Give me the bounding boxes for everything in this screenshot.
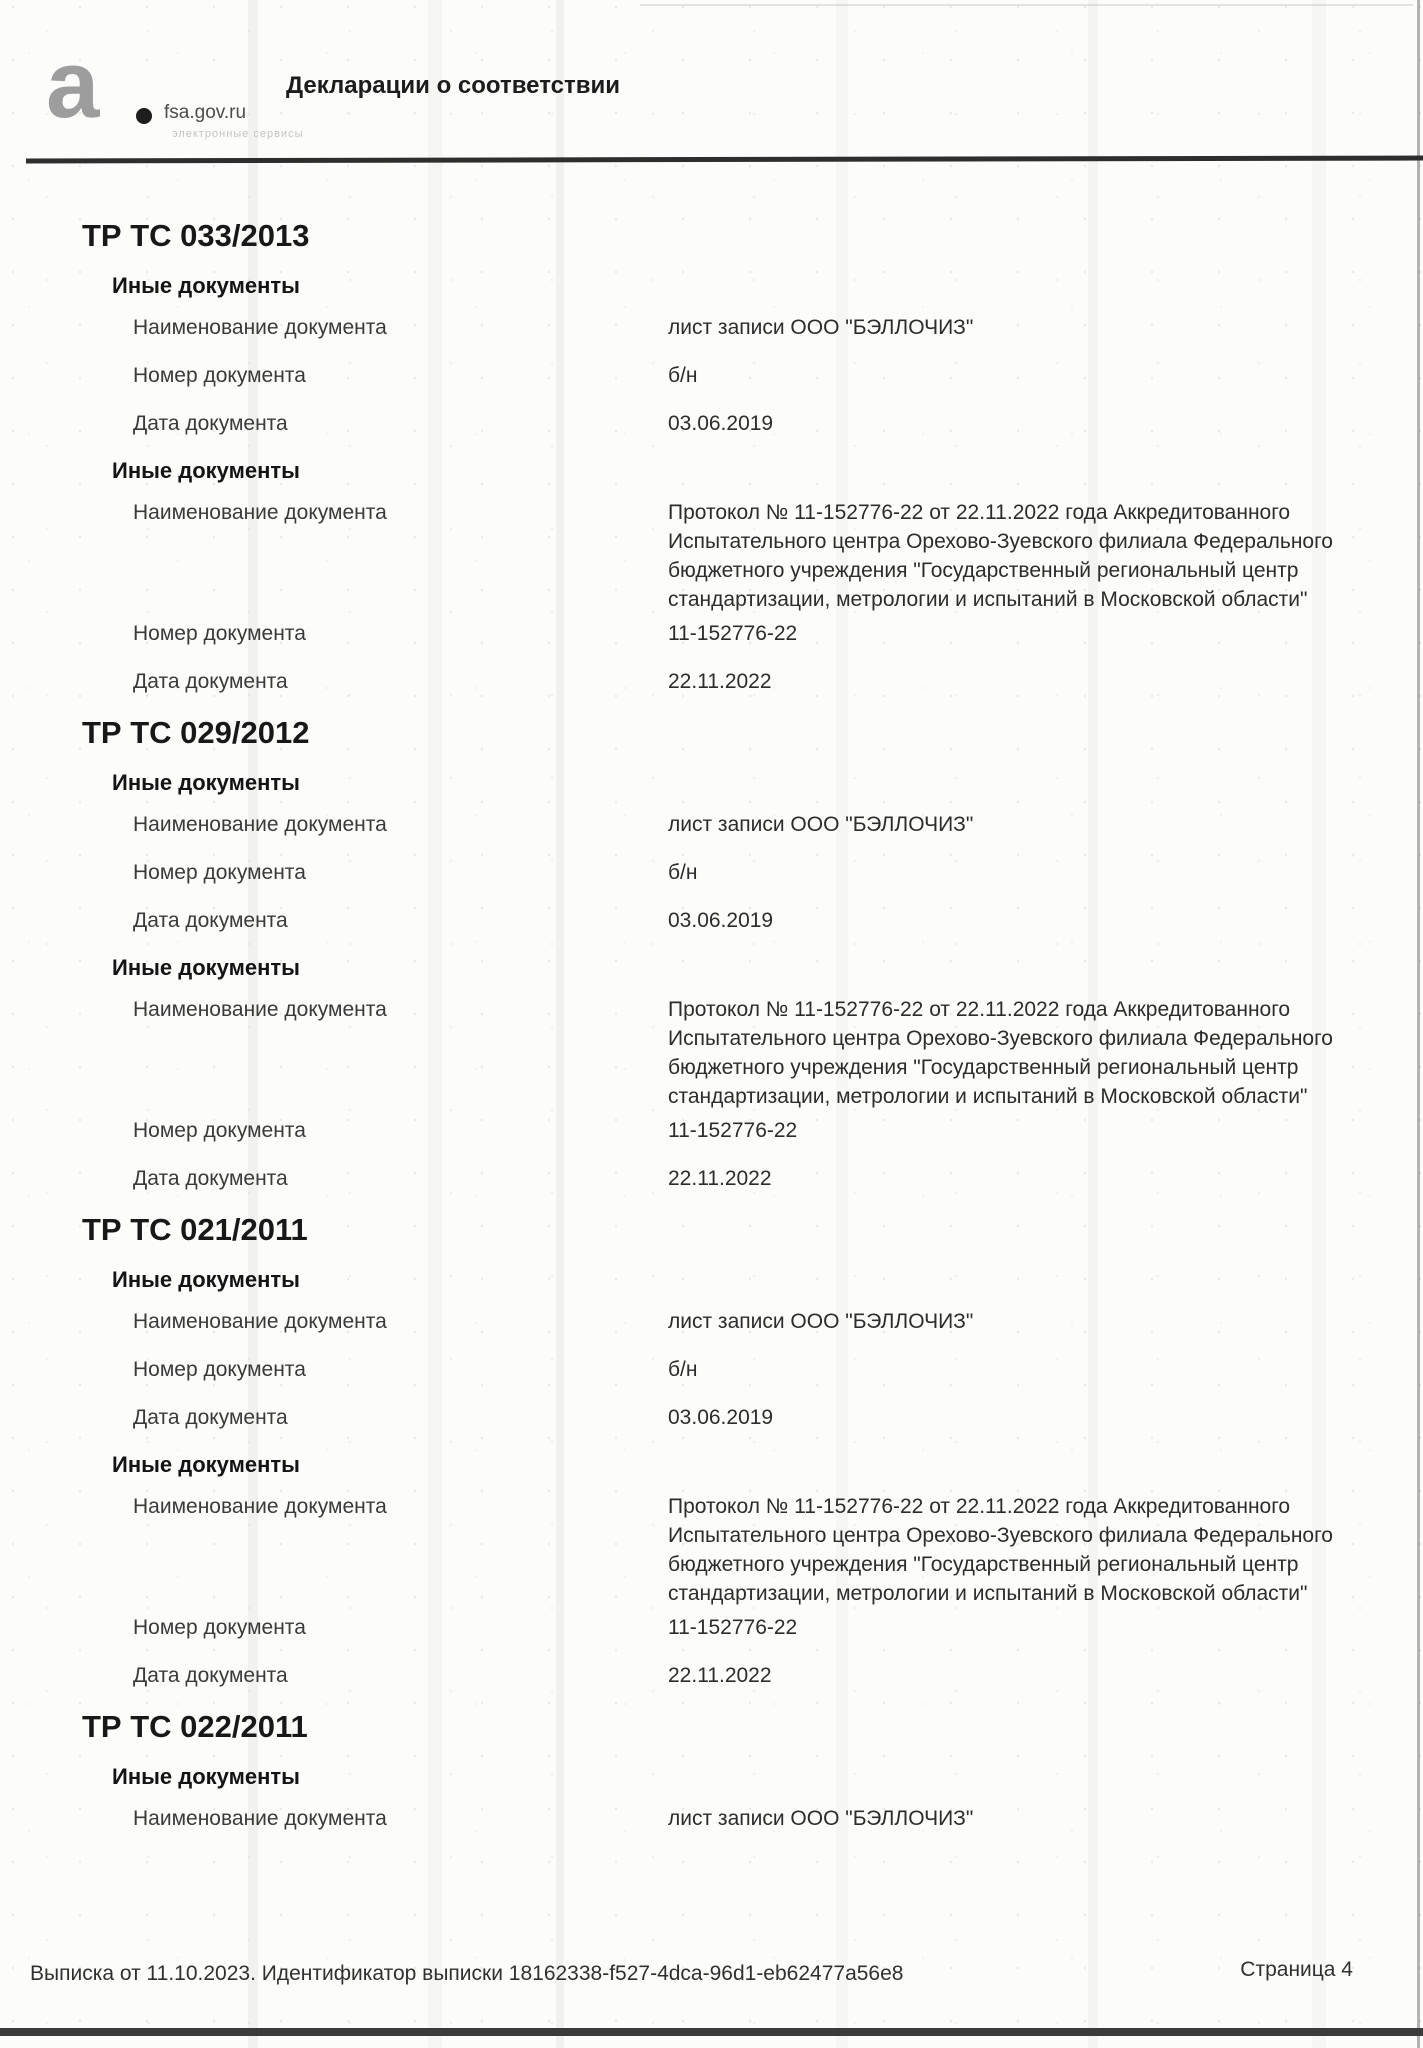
- section-title: ТР ТС 033/2013: [82, 218, 1368, 254]
- section-tr-tc-029-2012: ТР ТС 029/2012 Иные документы Наименован…: [82, 715, 1368, 1193]
- field-value: лист записи ООО "БЭЛЛОЧИЗ": [668, 810, 973, 839]
- field-row: Наименование документа лист записи ООО "…: [133, 1804, 1368, 1833]
- page-edge-shadow: [1417, 0, 1420, 2048]
- field-label: Дата документа: [133, 1164, 668, 1193]
- group-heading: Иные документы: [112, 457, 1368, 484]
- document-group: Иные документы Наименование документа Пр…: [82, 457, 1368, 696]
- field-label: Наименование документа: [133, 1804, 668, 1833]
- field-label: Дата документа: [133, 1403, 668, 1432]
- logo-dot-icon: [136, 108, 152, 124]
- field-row: Номер документа 11-152776-22: [133, 1116, 1368, 1145]
- field-row: Наименование документа лист записи ООО "…: [133, 1307, 1368, 1336]
- field-label: Наименование документа: [133, 1307, 668, 1336]
- document-group: Иные документы Наименование документа Пр…: [82, 954, 1368, 1193]
- field-label: Дата документа: [133, 667, 668, 696]
- logo-tagline: электронные сервисы: [172, 128, 303, 140]
- field-value: 22.11.2022: [668, 1164, 772, 1193]
- field-value: лист записи ООО "БЭЛЛОЧИЗ": [668, 1804, 973, 1833]
- field-value: 03.06.2019: [668, 906, 773, 935]
- field-value: б/н: [668, 1355, 697, 1384]
- fsa-logo-icon: а: [46, 40, 95, 130]
- group-heading: Иные документы: [112, 769, 1368, 796]
- footer-extract-info: Выписка от 11.10.2023. Идентификатор вып…: [30, 1962, 903, 1986]
- field-value: 03.06.2019: [668, 409, 773, 438]
- field-row: Наименование документа лист записи ООО "…: [133, 313, 1368, 342]
- header-divider: [26, 156, 1423, 164]
- group-heading: Иные документы: [112, 272, 1368, 299]
- group-heading: Иные документы: [112, 1451, 1368, 1478]
- field-value: 11-152776-22: [668, 619, 797, 648]
- group-heading: Иные документы: [112, 1266, 1368, 1293]
- group-heading: Иные документы: [112, 1763, 1368, 1790]
- field-row: Дата документа 22.11.2022: [133, 667, 1368, 696]
- field-label: Дата документа: [133, 1661, 668, 1690]
- field-row: Номер документа б/н: [133, 1355, 1368, 1384]
- field-row: Дата документа 03.06.2019: [133, 1403, 1368, 1432]
- logo-site-label: fsa.gov.ru: [164, 102, 246, 124]
- scanned-document-page: а fsa.gov.ru электронные сервисы Деклара…: [0, 0, 1423, 2048]
- document-group: Иные документы Наименование документа ли…: [82, 1763, 1368, 1833]
- field-value: 11-152776-22: [668, 1613, 797, 1642]
- page-title: Декларации о соответствии: [286, 72, 620, 100]
- bottom-divider: [0, 2028, 1423, 2036]
- scan-artifact-line: [640, 4, 1413, 6]
- document-group: Иные документы Наименование документа Пр…: [82, 1451, 1368, 1690]
- document-group: Иные документы Наименование документа ли…: [82, 1266, 1368, 1432]
- field-label: Дата документа: [133, 906, 668, 935]
- field-row: Дата документа 22.11.2022: [133, 1661, 1368, 1690]
- field-value: Протокол № 11-152776-22 от 22.11.2022 го…: [668, 995, 1358, 1111]
- field-label: Номер документа: [133, 858, 668, 887]
- field-row: Номер документа б/н: [133, 361, 1368, 390]
- field-label: Номер документа: [133, 361, 668, 390]
- field-label: Номер документа: [133, 619, 668, 648]
- field-row: Дата документа 03.06.2019: [133, 409, 1368, 438]
- section-tr-tc-033-2013: ТР ТС 033/2013 Иные документы Наименован…: [82, 218, 1368, 696]
- field-value: 22.11.2022: [668, 667, 772, 696]
- document-content: ТР ТС 033/2013 Иные документы Наименован…: [82, 200, 1368, 1852]
- field-label: Наименование документа: [133, 498, 668, 527]
- field-value: лист записи ООО "БЭЛЛОЧИЗ": [668, 313, 973, 342]
- field-row: Номер документа 11-152776-22: [133, 619, 1368, 648]
- field-value: 22.11.2022: [668, 1661, 772, 1690]
- field-row: Наименование документа Протокол № 11-152…: [133, 498, 1368, 614]
- section-title: ТР ТС 022/2011: [82, 1709, 1368, 1745]
- field-label: Дата документа: [133, 409, 668, 438]
- field-value: 11-152776-22: [668, 1116, 797, 1145]
- group-heading: Иные документы: [112, 954, 1368, 981]
- field-row: Дата документа 22.11.2022: [133, 1164, 1368, 1193]
- field-row: Номер документа 11-152776-22: [133, 1613, 1368, 1642]
- field-label: Наименование документа: [133, 995, 668, 1024]
- field-label: Номер документа: [133, 1355, 668, 1384]
- field-value: Протокол № 11-152776-22 от 22.11.2022 го…: [668, 498, 1358, 614]
- field-row: Номер документа б/н: [133, 858, 1368, 887]
- field-value: лист записи ООО "БЭЛЛОЧИЗ": [668, 1307, 973, 1336]
- document-group: Иные документы Наименование документа ли…: [82, 272, 1368, 438]
- field-row: Наименование документа Протокол № 11-152…: [133, 995, 1368, 1111]
- field-label: Номер документа: [133, 1613, 668, 1642]
- section-tr-tc-022-2011: ТР ТС 022/2011 Иные документы Наименован…: [82, 1709, 1368, 1833]
- field-value: б/н: [668, 361, 697, 390]
- document-group: Иные документы Наименование документа ли…: [82, 769, 1368, 935]
- field-label: Номер документа: [133, 1116, 668, 1145]
- field-value: 03.06.2019: [668, 1403, 773, 1432]
- field-value: б/н: [668, 858, 697, 887]
- field-label: Наименование документа: [133, 810, 668, 839]
- field-label: Наименование документа: [133, 313, 668, 342]
- section-title: ТР ТС 029/2012: [82, 715, 1368, 751]
- field-value: Протокол № 11-152776-22 от 22.11.2022 го…: [668, 1492, 1358, 1608]
- section-tr-tc-021-2011: ТР ТС 021/2011 Иные документы Наименован…: [82, 1212, 1368, 1690]
- field-row: Дата документа 03.06.2019: [133, 906, 1368, 935]
- field-row: Наименование документа Протокол № 11-152…: [133, 1492, 1368, 1608]
- footer-page-number: Страница 4: [1240, 1958, 1353, 1982]
- field-label: Наименование документа: [133, 1492, 668, 1521]
- field-row: Наименование документа лист записи ООО "…: [133, 810, 1368, 839]
- section-title: ТР ТС 021/2011: [82, 1212, 1368, 1248]
- fsa-logo: а fsa.gov.ru электронные сервисы: [46, 40, 95, 130]
